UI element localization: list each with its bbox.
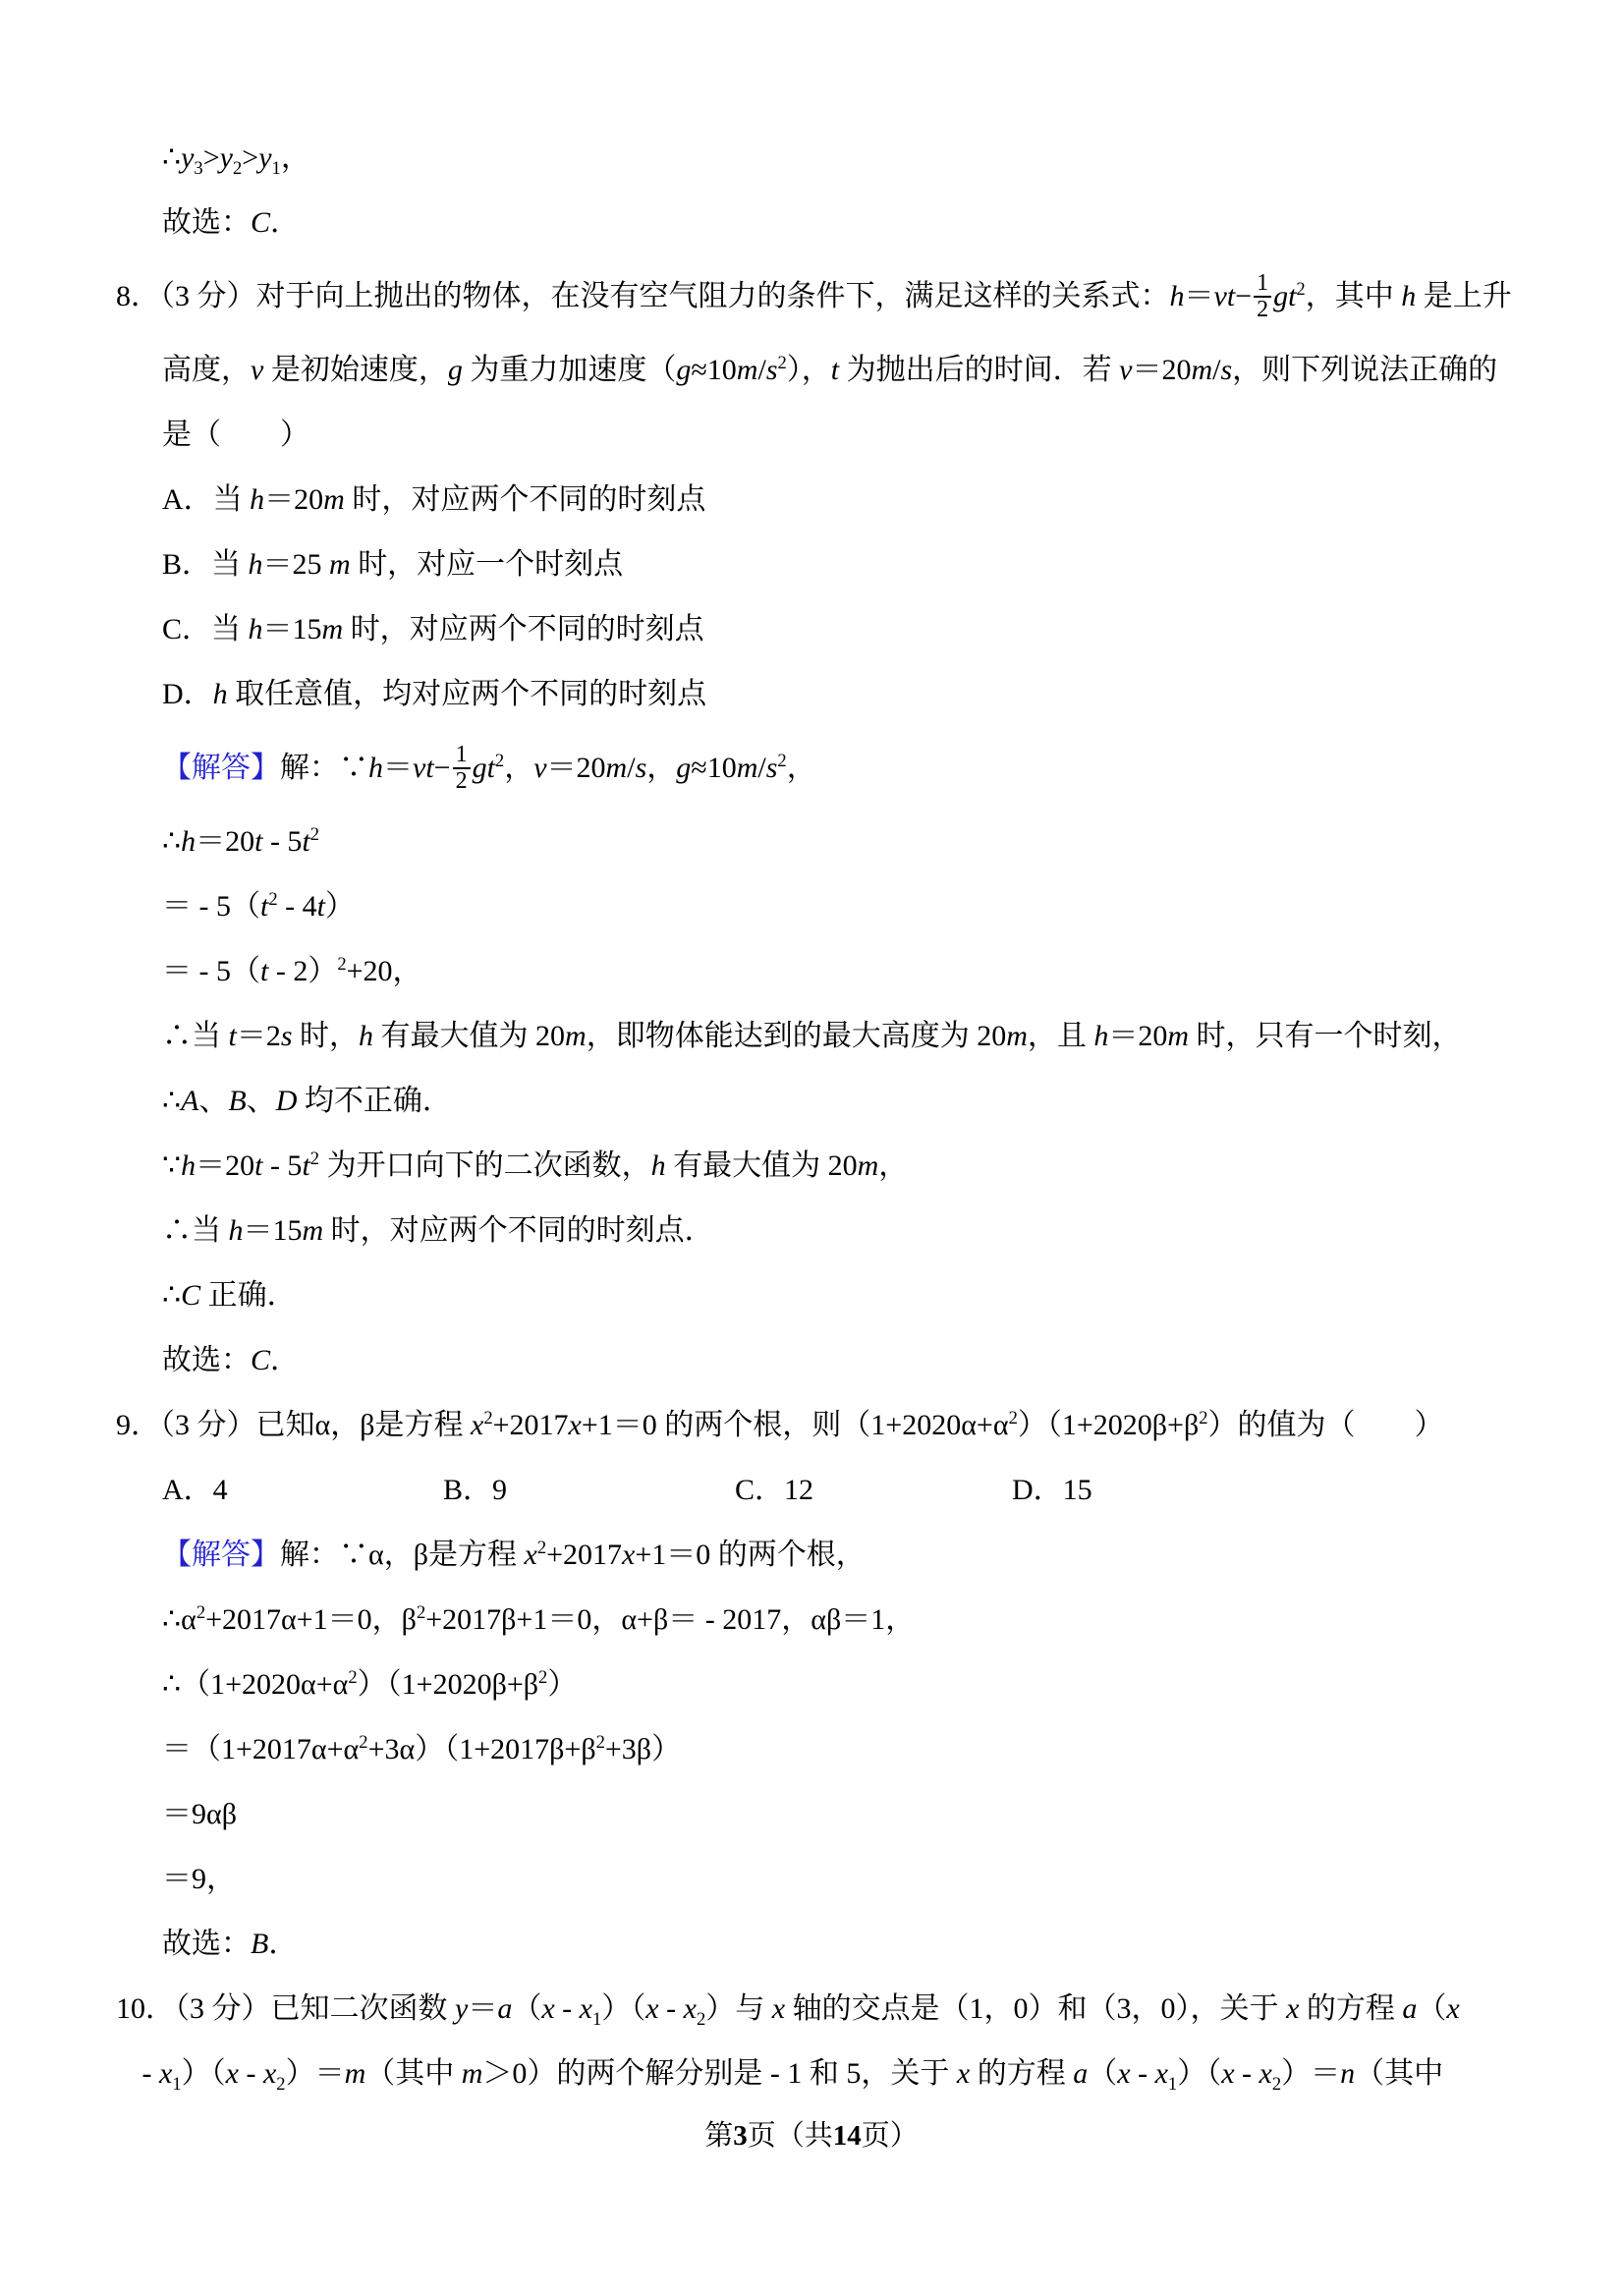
text-run: 高度， <box>162 354 251 386</box>
text-run: x <box>471 1409 483 1441</box>
text-run: g <box>1273 280 1288 312</box>
text-run: - 2） <box>268 955 337 987</box>
question-9-solution-line-5: ＝9αβ <box>0 1782 1623 1847</box>
text-run: h <box>1170 280 1185 312</box>
text-run: 取任意值，均对应两个不同的时刻点 <box>228 678 707 710</box>
text-run: t <box>487 752 495 784</box>
text-run: h <box>181 825 196 858</box>
text-run: ＝20 <box>1108 1020 1167 1052</box>
text-run: h <box>250 483 264 516</box>
text-run: +3β） <box>605 1733 681 1765</box>
text-run: B．9 <box>443 1458 735 1523</box>
text-run: 【解答】 <box>162 1539 280 1571</box>
text-run: 有最大值为 20 <box>666 1149 858 1182</box>
text-run: ）， <box>787 354 831 386</box>
text-run: m <box>1006 1020 1028 1052</box>
text-run: - <box>239 2057 263 2090</box>
text-run: ， <box>504 752 533 784</box>
text-run: ）＝ <box>286 2057 345 2090</box>
text-run: ） <box>325 890 355 923</box>
text-run: x <box>772 1992 785 2025</box>
text-run: （其中 <box>1355 2057 1443 2090</box>
text-run: ＝25 <box>263 548 330 581</box>
text-run: 14 <box>833 2120 862 2152</box>
text-run: ∵ <box>162 1149 181 1182</box>
text-run: D． <box>162 678 213 710</box>
question-8-solution-line-4: ＝ - 5（t - 2）2+20， <box>0 939 1623 1004</box>
text-run: 2 <box>1009 1408 1018 1428</box>
text-run: h <box>1401 280 1416 312</box>
stacked-fraction: 12 <box>1254 271 1271 322</box>
text-run: 故选： <box>162 1344 251 1376</box>
text-run: x <box>524 1539 536 1571</box>
text-run: − <box>1235 280 1252 312</box>
text-run: 2 <box>276 2074 285 2095</box>
text-run: x <box>569 1409 582 1441</box>
text-run: ∴α <box>162 1603 196 1636</box>
question-10-stem-line-2: - x1）（x - x2）＝m（其中 m＞0）的两个解分别是 - 1 和 5，关… <box>0 2042 1623 2106</box>
text-run: 轴的交点是（1，0）和（3，0），关于 <box>785 1992 1286 2025</box>
text-run: ＝20 <box>264 483 323 516</box>
document-content: ∴y3>y2>y1，故选：C．8．（3 分）对于向上抛出的物体，在没有空气阻力的… <box>0 0 1623 2165</box>
question-8-solution-line-2: ∴h＝20t - 5t2 <box>0 810 1623 874</box>
text-run: x <box>645 1992 658 2025</box>
page-footer: 第3页（共14页） <box>0 2106 1623 2165</box>
text-run: ＝20 <box>547 752 606 784</box>
text-run: （ <box>1417 1992 1446 2025</box>
text-run: t <box>302 825 309 858</box>
text-run: A．当 <box>162 483 250 516</box>
text-run: 2 <box>777 751 786 771</box>
text-run: x <box>1259 2057 1272 2090</box>
text-run: 2 <box>596 1732 605 1753</box>
text-run: x <box>622 1539 635 1571</box>
text-run: ∴当 <box>162 1020 229 1052</box>
text-run: 、 <box>247 1085 276 1117</box>
text-run: ＝ <box>1185 280 1214 312</box>
text-run: h <box>181 1149 196 1182</box>
text-run: > <box>242 141 258 174</box>
text-run: y <box>181 141 194 174</box>
text-run: ，其中 <box>1306 280 1402 312</box>
text-run: ＝20 <box>196 825 254 858</box>
text-run: h <box>368 752 383 784</box>
text-run: ∴（1+2020α+α <box>162 1668 348 1701</box>
text-run: 故选： <box>162 206 251 239</box>
text-run: ＝ - 5（ <box>162 890 260 923</box>
text-run: ＝ <box>383 752 413 784</box>
text-run: 的方程 <box>1299 1992 1402 2025</box>
text-run: 解：∵α，β是方程 <box>280 1539 524 1571</box>
text-run: m <box>345 2057 366 2090</box>
text-run: D．15 <box>1012 1474 1092 1506</box>
text-run: 9．（3 分）已知α，β是方程 <box>116 1409 471 1441</box>
text-run: − <box>434 752 451 784</box>
question-8-option-b: B．当 h＝25 m 时，对应一个时刻点 <box>0 532 1623 597</box>
text-run: 故选： <box>162 1928 251 1960</box>
text-run: 2 <box>348 1667 357 1688</box>
text-run: h <box>213 678 228 710</box>
text-run: ， <box>646 752 676 784</box>
text-run: v <box>251 354 263 386</box>
text-run: +1＝0 的两个根，则（1+2020α+α <box>582 1409 1009 1441</box>
text-run: m <box>1191 354 1212 386</box>
text-run: ）（ <box>601 1992 645 2025</box>
text-run: h <box>249 613 263 645</box>
text-run: ≈10 <box>691 752 736 784</box>
text-run: 2 <box>233 158 242 179</box>
text-run: / <box>757 354 765 386</box>
text-run: 2 <box>310 824 319 845</box>
text-run: ＝2 <box>237 1020 281 1052</box>
text-run: 2 <box>268 889 277 910</box>
text-run: m <box>462 2057 483 2090</box>
text-run: ＞0）的两个解分别是 - 1 和 5，关于 <box>482 2057 957 2090</box>
text-run: 时， <box>293 1020 360 1052</box>
text-run: v <box>533 752 546 784</box>
question-8-stem-line-2: 高度，v 是初始速度，g 为重力加速度（g≈10m/s2），t 为抛出后的时间．… <box>0 338 1623 403</box>
text-run: vt <box>1214 280 1236 312</box>
text-run: 为重力加速度（ <box>463 354 677 386</box>
text-run: 、 <box>198 1085 228 1117</box>
text-run: 页） <box>862 2120 919 2152</box>
question-9-solution-line-6: ＝9， <box>0 1847 1623 1912</box>
text-run: g <box>473 752 487 784</box>
text-run: （其中 <box>365 2057 462 2090</box>
text-run: a <box>497 1992 512 2025</box>
text-run: 【解答】 <box>162 752 280 784</box>
text-run: s <box>636 752 647 784</box>
text-run: y <box>220 141 233 174</box>
text-run: 2 <box>359 1732 367 1753</box>
question-9-solution-line-3: ∴（1+2020α+α2）（1+2020β+β2） <box>0 1652 1623 1717</box>
text-run: x <box>159 2057 172 2090</box>
text-run: ， <box>281 141 310 174</box>
text-run: B <box>228 1085 246 1117</box>
question-8-option-d: D．h 取任意值，均对应两个不同的时刻点 <box>0 662 1623 727</box>
text-run: s <box>281 1020 293 1052</box>
question-8-option-a: A．当 h＝20m 时，对应两个不同的时刻点 <box>0 468 1623 532</box>
text-run: m <box>322 613 344 645</box>
text-run: 2 <box>495 751 504 771</box>
text-run: 3 <box>733 2120 748 2152</box>
text-run: 解：∵ <box>280 752 368 784</box>
text-run: ∴ <box>162 1085 181 1117</box>
text-run: ， <box>787 752 816 784</box>
text-run: - 5 <box>262 1149 302 1182</box>
text-run: ． <box>268 1928 298 1960</box>
text-run: C <box>251 1344 270 1376</box>
text-run: （ <box>512 1992 541 2025</box>
text-run: ）的值为（ ） <box>1208 1409 1444 1441</box>
text-run: 时，对应一个时刻点 <box>351 548 624 581</box>
text-run: D <box>276 1085 298 1117</box>
question-8-option-c: C．当 h＝15m 时，对应两个不同的时刻点 <box>0 597 1623 662</box>
question-8-stem-line-1: 8．（3 分）对于向上抛出的物体，在没有空气阻力的条件下，满足这样的关系式：h＝… <box>0 255 1623 338</box>
text-run: m <box>737 354 758 386</box>
question-8-stem-line-3: 是（ ） <box>0 403 1623 468</box>
text-run: C．12 <box>735 1458 1012 1523</box>
question-8-solution-line-1: 【解答】解：∵h＝vt−12gt2，v＝20m/s，g≈10m/s2， <box>0 727 1623 810</box>
text-run: ）（ <box>182 2057 226 2090</box>
text-run: +2017 <box>493 1409 569 1441</box>
text-run: v <box>1119 354 1132 386</box>
text-run: ＝20 <box>1132 354 1191 386</box>
text-run: 2 <box>538 1667 547 1688</box>
text-run: 2 <box>310 1148 319 1169</box>
text-run: 是（ ） <box>162 419 309 451</box>
text-run: 2 <box>417 1602 425 1623</box>
text-run: 10．（3 分）已知二次函数 <box>116 1992 455 2025</box>
text-run: x <box>1286 1992 1299 2025</box>
question-8-solution-line-8: ∴当 h＝15m 时，对应两个不同的时刻点． <box>0 1199 1623 1263</box>
text-run: m <box>565 1020 587 1052</box>
text-run: - <box>135 2057 159 2090</box>
text-run: h <box>651 1149 666 1182</box>
text-run: h <box>1093 1020 1108 1052</box>
text-run: C．当 <box>162 613 249 645</box>
q7-answer-line: 故选：C． <box>0 191 1623 255</box>
text-run: 时，对应两个不同的时刻点． <box>323 1214 714 1247</box>
text-run: 2 <box>337 954 346 975</box>
text-run: ＝15 <box>244 1214 303 1247</box>
text-run: ）＝ <box>1281 2057 1340 2090</box>
text-run: 2 <box>196 1602 205 1623</box>
text-run: - 5 <box>262 825 302 858</box>
text-run: 时，对应两个不同的时刻点 <box>343 613 704 645</box>
text-run: 2 <box>1272 2074 1281 2095</box>
text-run: ） <box>547 1668 577 1701</box>
text-run: 是初始速度， <box>263 354 448 386</box>
text-run: m <box>737 752 758 784</box>
text-run: 时，对应两个不同的时刻点 <box>345 483 706 516</box>
text-run: +2017β+1＝0，α+β＝ - 2017，αβ＝1， <box>425 1603 915 1636</box>
text-run: B．当 <box>162 548 249 581</box>
text-run: vt <box>413 752 434 784</box>
text-run: 1 <box>1168 2074 1177 2095</box>
text-run: / <box>627 752 635 784</box>
text-run: ． <box>270 1344 300 1376</box>
text-run: t <box>229 1020 237 1052</box>
text-run: s <box>766 354 778 386</box>
text-run: - <box>659 1992 684 2025</box>
text-run: x <box>684 1992 697 2025</box>
text-run: m <box>1167 1020 1189 1052</box>
text-run: 第 <box>704 2120 733 2152</box>
text-run: ＝9αβ <box>162 1798 237 1830</box>
text-run: h <box>359 1020 373 1052</box>
text-run: ． <box>270 206 300 239</box>
text-run: 1 <box>592 2009 601 2030</box>
question-8-solution-line-5: ∴当 t＝2s 时，h 有最大值为 20m，即物体能达到的最大高度为 20m，且… <box>0 1004 1623 1069</box>
text-run: - <box>1131 2057 1155 2090</box>
text-run: ，即物体能达到的最大高度为 20 <box>587 1020 1007 1052</box>
question-8-solution-line-7: ∵h＝20t - 5t2 为开口向下的二次函数，h 有最大值为 20m， <box>0 1134 1623 1199</box>
text-run: g <box>676 354 691 386</box>
text-run: +2017 <box>546 1539 622 1571</box>
text-run: - 4 <box>278 890 317 923</box>
text-run: ，且 <box>1028 1020 1094 1052</box>
text-run: C <box>251 206 270 239</box>
text-run: - <box>1235 2057 1259 2090</box>
text-run: C <box>181 1279 200 1312</box>
text-run: ∴当 <box>162 1214 229 1247</box>
question-8-answer-line: 故选：C． <box>0 1328 1623 1393</box>
text-run: x <box>580 1992 592 2025</box>
text-run: n <box>1340 2057 1355 2090</box>
text-run: x <box>957 2057 970 2090</box>
text-run: ≈10 <box>691 354 736 386</box>
text-run: ）（1+2020β+β <box>1018 1409 1199 1441</box>
text-run: s <box>766 752 778 784</box>
text-run: t <box>302 1149 309 1182</box>
text-run: 为开口向下的二次函数， <box>319 1149 651 1182</box>
question-9-solution-line-2: ∴α2+2017α+1＝0，β2+2017β+1＝0，α+β＝ - 2017，α… <box>0 1588 1623 1652</box>
text-run: 2 <box>483 1408 492 1428</box>
text-run: 2 <box>1199 1408 1207 1428</box>
text-run: ）与 <box>705 1992 772 2025</box>
text-run: m <box>323 483 345 516</box>
text-run: ＝ - 5（ <box>162 955 260 987</box>
text-run: x <box>1155 2057 1168 2090</box>
text-run: g <box>676 752 691 784</box>
text-run: +3α）（1+2017β+β <box>368 1733 596 1765</box>
text-run: ＝15 <box>263 613 322 645</box>
text-run: ∴ <box>162 141 181 174</box>
text-run: ， <box>878 1149 908 1182</box>
text-run: m <box>606 752 628 784</box>
text-run: x <box>226 2057 239 2090</box>
text-run: B <box>251 1928 268 1960</box>
text-run: 8．（3 分）对于向上抛出的物体，在没有空气阻力的条件下，满足这样的关系式： <box>116 280 1170 312</box>
text-run: ，则下列说法正确的 <box>1232 354 1497 386</box>
text-run: （ <box>1088 2057 1117 2090</box>
text-run: ＝9， <box>162 1863 236 1895</box>
question-9-answer-line: 故选：B． <box>0 1912 1623 1977</box>
text-run: A <box>181 1085 198 1117</box>
text-run: x <box>1117 2057 1130 2090</box>
text-run: 1 <box>172 2074 181 2095</box>
text-run: a <box>1073 2057 1088 2090</box>
text-run: h <box>229 1214 244 1247</box>
q7-conclusion-y-order: ∴y3>y2>y1， <box>0 126 1623 191</box>
text-run: 2 <box>778 353 787 373</box>
text-run: 为抛出后的时间．若 <box>839 354 1119 386</box>
question-9-solution-line-4: ＝（1+2017α+α2+3α）（1+2017β+β2+3β） <box>0 1717 1623 1782</box>
text-run: +1＝0 的两个根， <box>635 1539 865 1571</box>
text-run: ∴ <box>162 1279 181 1312</box>
text-run: ＝ <box>468 1992 497 2025</box>
text-run: 有最大值为 20 <box>373 1020 565 1052</box>
text-run: - <box>555 1992 580 2025</box>
text-run: a <box>1402 1992 1417 2025</box>
text-run: t <box>831 354 839 386</box>
text-run: 是上升 <box>1416 280 1512 312</box>
text-run: h <box>249 548 263 581</box>
text-run: s <box>1220 354 1232 386</box>
text-run: ∴ <box>162 825 181 858</box>
text-run: > <box>203 141 220 174</box>
text-run: g <box>448 354 463 386</box>
question-9-options-row: A．4B．9C．12D．15 <box>0 1458 1623 1523</box>
text-run: 2 <box>1296 279 1305 300</box>
text-run: A．4 <box>162 1458 443 1523</box>
text-run: y <box>258 141 271 174</box>
text-run: x <box>1446 1992 1459 2025</box>
text-run: +2017α+1＝0，β <box>205 1603 417 1636</box>
text-run: x <box>1221 2057 1234 2090</box>
text-run: ＝（1+2017α+α <box>162 1733 359 1765</box>
question-8-solution-line-9: ∴C 正确． <box>0 1263 1623 1328</box>
text-run: 的方程 <box>970 2057 1073 2090</box>
text-run: 正确． <box>200 1279 297 1312</box>
stacked-fraction: 12 <box>453 743 471 794</box>
text-run: x <box>263 2057 276 2090</box>
text-run: 页（共 <box>748 2120 833 2152</box>
text-run: 2 <box>697 2009 705 2030</box>
text-run: 均不正确． <box>297 1085 452 1117</box>
text-run: 2 <box>537 1538 546 1558</box>
question-9-solution-line-1: 【解答】解：∵α，β是方程 x2+2017x+1＝0 的两个根， <box>0 1523 1623 1588</box>
text-run: ）（1+2020β+β <box>358 1668 538 1701</box>
text-run: m <box>303 1214 324 1247</box>
question-8-solution-line-6: ∴A、B、D 均不正确． <box>0 1069 1623 1134</box>
text-run: 时，只有一个时刻， <box>1189 1020 1462 1052</box>
question-9-stem: 9．（3 分）已知α，β是方程 x2+2017x+1＝0 的两个根，则（1+20… <box>0 1393 1623 1458</box>
text-run: t <box>317 890 325 923</box>
question-8-solution-line-3: ＝ - 5（t2 - 4t） <box>0 874 1623 939</box>
text-run: ）（ <box>1177 2057 1221 2090</box>
question-10-stem-line-1: 10．（3 分）已知二次函数 y＝a（x - x1）（x - x2）与 x 轴的… <box>0 1977 1623 2042</box>
text-run: / <box>757 752 765 784</box>
text-run: m <box>329 548 351 581</box>
text-run: m <box>858 1149 879 1182</box>
text-run: x <box>541 1992 554 2025</box>
text-run: y <box>455 1992 468 2025</box>
text-run: ＝20 <box>196 1149 254 1182</box>
document-page: ∴y3>y2>y1，故选：C．8．（3 分）对于向上抛出的物体，在没有空气阻力的… <box>0 0 1623 2296</box>
text-run: 3 <box>194 158 202 179</box>
text-run: +20， <box>347 955 422 987</box>
text-run: 1 <box>272 158 281 179</box>
